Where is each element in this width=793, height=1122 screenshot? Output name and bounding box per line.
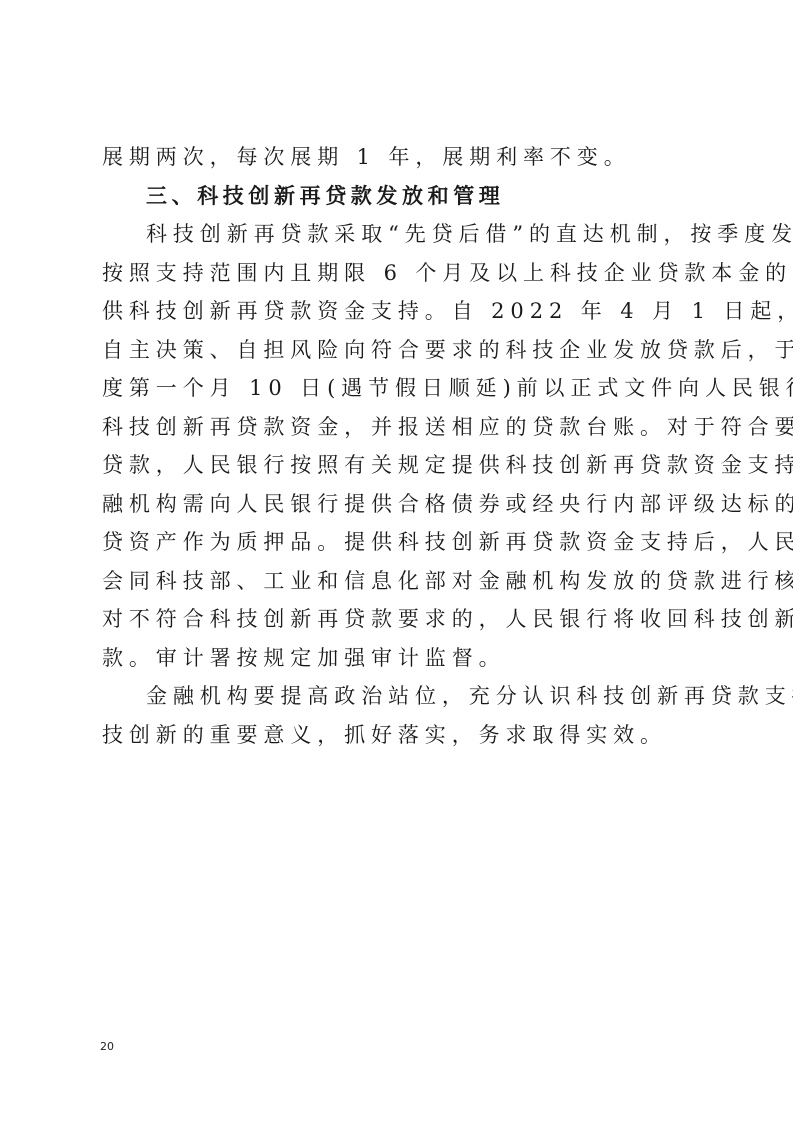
paragraph-line: 度第一个月 10 日(遇节假日顺延)前以正式文件向人民银行申请 bbox=[102, 369, 694, 408]
paragraph-line: 供科技创新再贷款资金支持。自 2022 年 4 月 1 日起，金融机构 bbox=[102, 292, 694, 331]
paragraph-line: 科技创新再贷款采取“先贷后借”的直达机制，按季度发放， bbox=[102, 215, 694, 254]
paragraph-line: 会同科技部、工业和信息化部对金融机构发放的贷款进行核查， bbox=[102, 562, 694, 601]
paragraph-line: 科技创新再贷款资金，并报送相应的贷款台账。对于符合要求的 bbox=[102, 408, 694, 447]
paragraph-line: 融机构需向人民银行提供合格债券或经央行内部评级达标的信 bbox=[102, 485, 694, 524]
paragraph-line: 款。审计署按规定加强审计监督。 bbox=[102, 639, 694, 678]
section-heading: 三、科技创新再贷款发放和管理 bbox=[102, 177, 694, 216]
document-body: 展期两次，每次展期 1 年，展期利率不变。 三、科技创新再贷款发放和管理 科技创… bbox=[102, 138, 694, 754]
paragraph-line: 自主决策、自担风险向符合要求的科技企业发放贷款后，于次季 bbox=[102, 331, 694, 370]
paragraph-line: 展期两次，每次展期 1 年，展期利率不变。 bbox=[102, 138, 694, 177]
paragraph-line: 金融机构要提高政治站位，充分认识科技创新再贷款支持科 bbox=[102, 677, 694, 716]
paragraph-line: 贷款，人民银行按照有关规定提供科技创新再贷款资金支持。金 bbox=[102, 446, 694, 485]
paragraph-line: 按照支持范围内且期限 6 个月及以上科技企业贷款本金的 60%提 bbox=[102, 254, 694, 293]
paragraph-line: 技创新的重要意义，抓好落实，务求取得实效。 bbox=[102, 716, 694, 755]
page-number: 20 bbox=[100, 1040, 114, 1053]
paragraph-line: 贷资产作为质押品。提供科技创新再贷款资金支持后，人民银行 bbox=[102, 523, 694, 562]
paragraph-line: 对不符合科技创新再贷款要求的，人民银行将收回科技创新再贷 bbox=[102, 600, 694, 639]
